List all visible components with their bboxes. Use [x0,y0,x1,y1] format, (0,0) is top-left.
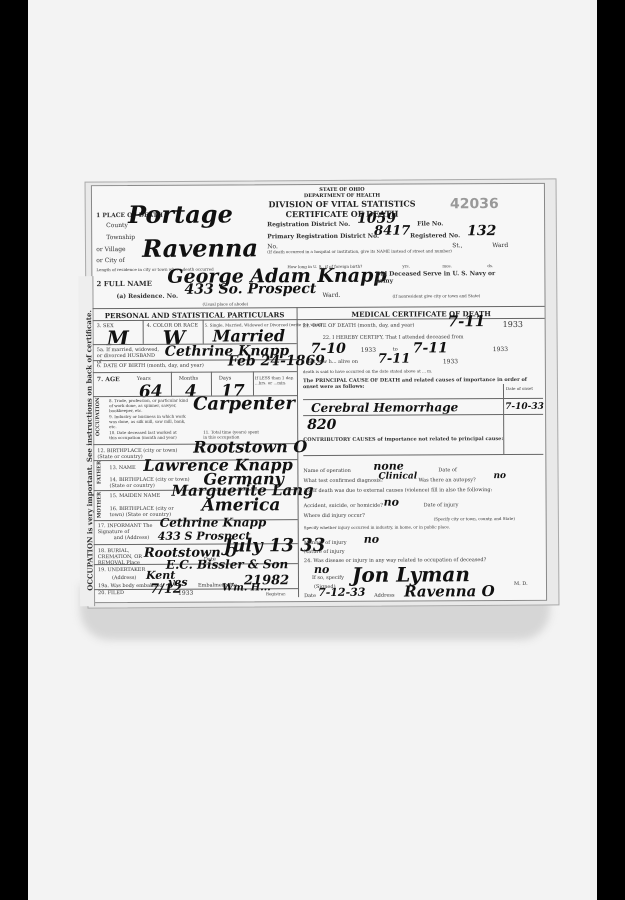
side-note: OCCUPATION is very important. See instru… [78,276,95,606]
registered-no-value: 132 [467,223,496,239]
undertaker-label: 19. UNDERTAKER [98,567,145,573]
residence-label: (a) Residence. No. [116,293,178,300]
usual-place-note: (Usual place of abode) [203,301,249,306]
filed-label: 20. FILED [98,590,124,596]
injury-where-note: (Specify city or town, county, and State… [434,516,515,521]
ward-label: Ward [492,242,508,249]
last-worked-label: 10. Date deceased last worked at this oc… [109,430,179,440]
file-number: 42036 [450,196,499,212]
informant-label: 17. INFORMANT The Signature of [98,523,158,535]
undertaker-value: E.C. Bissler & Son [166,557,288,572]
informant-value: Cethrine Knapp [160,515,267,530]
less-than-day-label: If LESS than 1 day, ...hrs. or ...min. [255,375,295,385]
city-label: or City of [96,257,124,264]
date-of-onset-label: Date of onset [506,386,533,391]
street-note: (If death occurred in a hospital or inst… [267,248,452,254]
trade-value: Carpenter [193,393,295,415]
physician-date-label: Date [304,593,316,599]
nonresident-note: (If nonresident give city or town and St… [392,293,480,298]
informant-address-label: and (Address) [114,535,149,541]
mother-maiden-label: 15. MAIDEN NAME [110,493,161,499]
primary-district-label: Primary Registration District No. [267,233,379,241]
trade-label: 8. Trade, profession, or particular kind… [109,398,189,413]
external-causes-label: 23. If death was due to external causes … [303,487,538,494]
dob-label: 6. DATE OF BIRTH (month, day, and year) [97,363,204,370]
years-label: yrs. [402,264,410,269]
operation-label: Name of operation [303,468,351,474]
city-value: Ravenna [142,233,258,263]
certificate-title: CERTIFICATE OF DEATH [232,208,452,219]
injury-where-label: Where did injury occur? [304,513,365,519]
days-label: ds. [487,263,493,268]
mother-heading: MOTHER [97,492,103,518]
autopsy-label: Was there an autopsy? [418,477,475,483]
occupation-heading: OCCUPATION [95,397,101,436]
last-saw-year: 1933 [443,358,458,365]
months-label: mos. [442,263,452,268]
father-name-label: 13. NAME [109,465,135,471]
residence-value: 433 So. Prospect [184,281,316,298]
registrar-value: Wm. H... [222,582,271,593]
attended-to-value: 7-11 [413,340,448,356]
secondary-cause-value: 820 [307,417,336,433]
autopsy-value: no [493,471,506,481]
test-label: What test confirmed diagnosis? [303,478,383,484]
principal-cause-onset: 7-10-33 [505,402,544,412]
registered-no-label: Registered No. [410,232,460,239]
residence-ward-label: Ward. [322,292,340,299]
birthplace-value: Rootstown O [193,437,307,457]
date-of-death-label: 21. DATE OF DEATH (month, day, and year) [303,322,415,329]
undertaker-address-label: (Address) [112,575,136,581]
operation-date-label: Date of [438,467,456,473]
principal-cause-label: The PRINCIPAL CAUSE OF DEATH and related… [303,377,533,390]
nature-label: Nature of injury [304,549,345,555]
last-saw-label: I last saw h... alive on [303,359,358,365]
st-label: St., [452,242,462,249]
last-saw-value: 7-11 [378,352,411,367]
md-label: M. D. [514,581,528,587]
manner-label: Manner of injury [304,540,347,546]
principal-cause-value: Cerebral Hemorrhage [311,400,458,415]
physician-address-label: Address [374,593,395,599]
navy-label: Did Deceased Serve in U. S. Navy or Army [375,270,505,285]
certificate-header: STATE OF OHIO DEPARTMENT OF HEALTH DIVIS… [232,186,452,219]
reg-district-label: Registration District No. [267,221,350,228]
file-no-label: File No. [417,220,443,227]
village-label: or Village [96,246,125,253]
physician-address-value: Ravenna O [404,582,495,600]
attended-to-year: 1933 [493,346,508,353]
attended-from-value: 7-10 [311,341,346,357]
county-value: Portage [128,199,233,229]
county-label: County [106,222,128,229]
accident-value: no [384,496,399,509]
test-value: Clinical [378,471,417,481]
mother-birthplace-value: America [202,495,281,515]
injury-date-label: Date of injury [424,502,459,508]
physician-date-value: 7-12-33 [318,586,365,599]
primary-district-value: 8417 [374,224,410,239]
age-label: 7. AGE [97,376,120,383]
contributory-label: CONTRIBUTORY CAUSES of importance not re… [303,436,503,443]
accident-label: Accident, suicide, or homicide? [304,503,383,509]
filed-year: 1933 [178,590,193,597]
father-heading: FATHER [96,461,102,484]
full-name-label: 2 FULL NAME [96,279,152,288]
specify-label: Specify whether injury occurred in indus… [304,524,450,530]
industry-label: 9. Industry or business in which work wa… [109,414,189,429]
date-of-death-value: 7-11 [448,312,486,330]
registrar-label: Registrar. [266,591,286,596]
death-certificate: OCCUPATION is very important. See instru… [91,183,547,603]
death-said-label: death is said to have occurred on the da… [303,368,432,374]
if-so-label: If so, specify [312,575,344,581]
manner-value: no [364,533,379,546]
attended-from-year: 1933 [361,347,376,354]
date-of-death-year: 1933 [503,320,523,329]
township-label: Township [106,234,135,241]
